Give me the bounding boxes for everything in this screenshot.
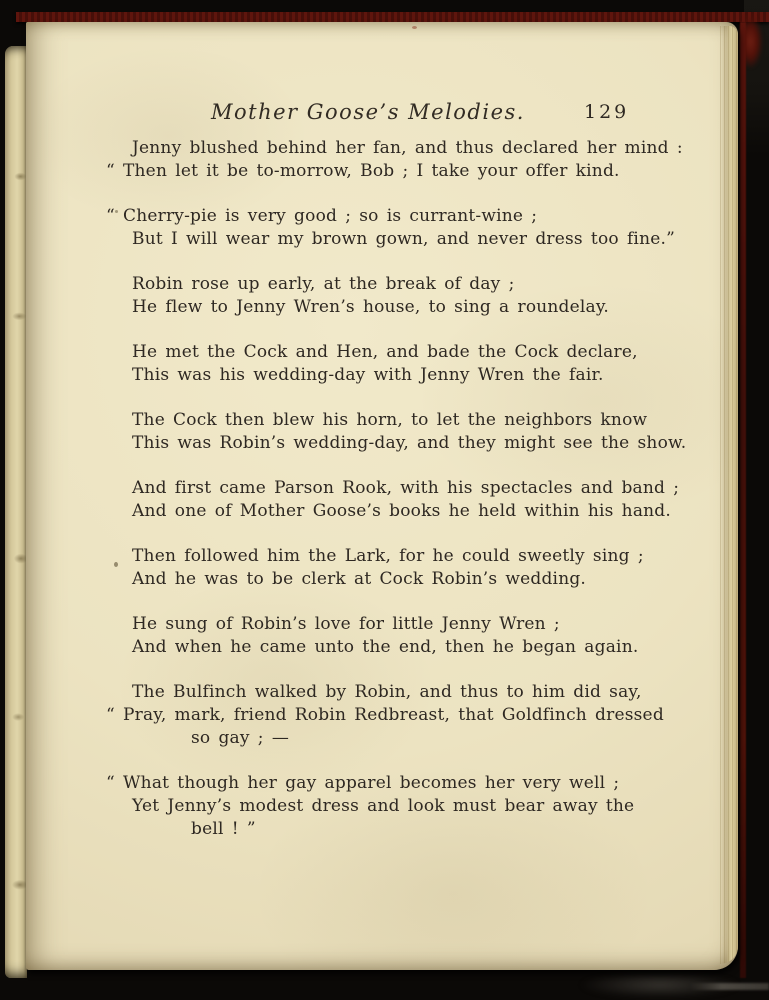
- poem-line: He sung of Robin’s love for little Jenny…: [132, 613, 718, 636]
- stanza: He sung of Robin’s love for little Jenny…: [132, 613, 718, 659]
- fore-edge-page-stack: [5, 46, 27, 978]
- poem-line: And when he came unto the end, then he b…: [132, 636, 718, 659]
- poem-line: And one of Mother Goose’s books he held …: [132, 500, 718, 523]
- stanza: Jenny blushed behind her fan, and thus d…: [132, 137, 718, 183]
- running-title: Mother Goose’s Melodies.: [211, 100, 525, 124]
- book-page: Mother Goose’s Melodies. 129 Jenny blush…: [26, 22, 738, 970]
- poem-line: He flew to Jenny Wren’s house, to sing a…: [132, 296, 718, 319]
- poem-line: “ Then let it be to-morrow, Bob ; I take…: [132, 160, 718, 183]
- book-cover-edge-right: [740, 22, 746, 978]
- poem-line: “ Cherry-pie is very good ; so is curran…: [132, 205, 718, 228]
- poem-line: so gay ; —: [132, 727, 718, 750]
- stanza: “ What though her gay apparel becomes he…: [132, 772, 718, 841]
- poem-line: Jenny blushed behind her fan, and thus d…: [132, 137, 718, 160]
- book-photo-scene: Mother Goose’s Melodies. 129 Jenny blush…: [0, 0, 769, 1000]
- page-content: Mother Goose’s Melodies. 129 Jenny blush…: [26, 22, 738, 970]
- stanza: And first came Parson Rook, with his spe…: [132, 477, 718, 523]
- poem-line: And first came Parson Rook, with his spe…: [132, 477, 718, 500]
- poem-line: But I will wear my brown gown, and never…: [132, 228, 718, 251]
- stanza: Then followed him the Lark, for he could…: [132, 545, 718, 591]
- poem-line: He met the Cock and Hen, and bade the Co…: [132, 341, 718, 364]
- stanza: The Bulfinch walked by Robin, and thus t…: [132, 681, 718, 750]
- background-streak: [690, 983, 769, 990]
- stanza: Robin rose up early, at the break of day…: [132, 273, 718, 319]
- page-number: 129: [584, 101, 629, 123]
- poem-line: This was his wedding-day with Jenny Wren…: [132, 364, 718, 387]
- poem-line: bell ! ”: [132, 818, 718, 841]
- stanza: He met the Cock and Hen, and bade the Co…: [132, 341, 718, 387]
- poem-line: Then followed him the Lark, for he could…: [132, 545, 718, 568]
- poem-line: “ Pray, mark, friend Robin Redbreast, th…: [132, 704, 718, 727]
- poem-line: And he was to be clerk at Cock Robin’s w…: [132, 568, 718, 591]
- poem-line: The Bulfinch walked by Robin, and thus t…: [132, 681, 718, 704]
- book-cover-edge-top: [16, 12, 769, 22]
- poem-line: Robin rose up early, at the break of day…: [132, 273, 718, 296]
- poem-line: The Cock then blew his horn, to let the …: [132, 409, 718, 432]
- poem-text: Jenny blushed behind her fan, and thus d…: [132, 137, 718, 841]
- running-head: Mother Goose’s Melodies.: [118, 100, 618, 130]
- poem-line: “ What though her gay apparel becomes he…: [132, 772, 718, 795]
- stanza: The Cock then blew his horn, to let the …: [132, 409, 718, 455]
- poem-line: Yet Jenny’s modest dress and look must b…: [132, 795, 718, 818]
- stanza: “ Cherry-pie is very good ; so is curran…: [132, 205, 718, 251]
- poem-line: This was Robin’s wedding-day, and they m…: [132, 432, 718, 455]
